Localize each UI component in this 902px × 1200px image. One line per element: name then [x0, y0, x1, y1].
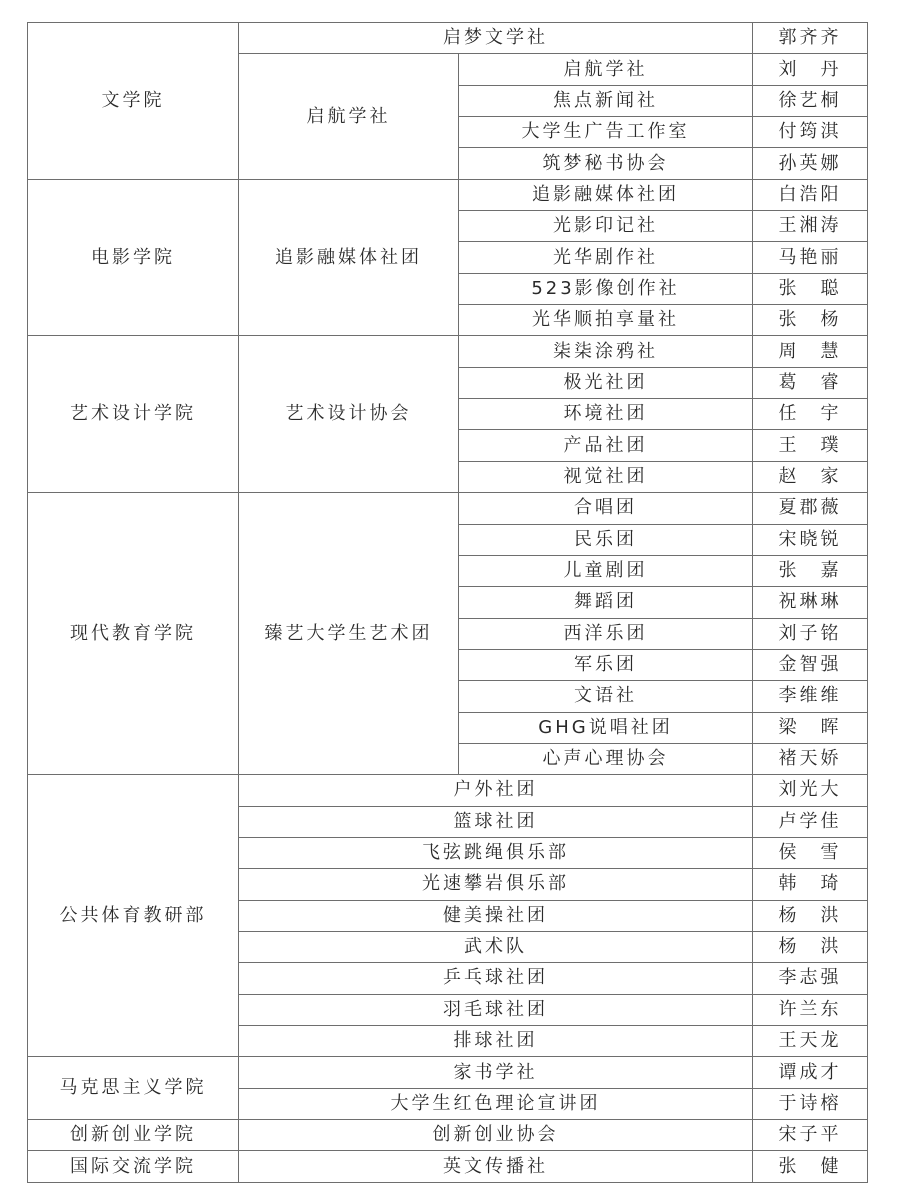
leader-cell: 孙英娜: [753, 148, 868, 179]
leader-cell: 张 聪: [753, 273, 868, 304]
college-cell: 文学院: [28, 23, 239, 180]
umbrella-club-cell: 追影融媒体社团: [239, 179, 459, 336]
club-cell: 523影像创作社: [459, 273, 753, 304]
leader-cell: 付筠淇: [753, 117, 868, 148]
leader-cell: 于诗榕: [753, 1088, 868, 1119]
club-cell: 焦点新闻社: [459, 85, 753, 116]
club-cell: 启航学社: [459, 54, 753, 85]
leader-cell: 金智强: [753, 649, 868, 680]
college-cell: 国际交流学院: [28, 1151, 239, 1182]
leader-cell: 郭齐齐: [753, 23, 868, 54]
college-cell: 现代教育学院: [28, 493, 239, 775]
club-cell: 户外社团: [239, 775, 753, 806]
umbrella-club-cell: 艺术设计协会: [239, 336, 459, 493]
leader-cell: 李志强: [753, 963, 868, 994]
college-cell: 艺术设计学院: [28, 336, 239, 493]
table-row: 国际交流学院 英文传播社 张 健: [28, 1151, 868, 1182]
club-cell: 柒柒涂鸦社: [459, 336, 753, 367]
table-row: 艺术设计学院 艺术设计协会 柒柒涂鸦社 周 慧: [28, 336, 868, 367]
college-cell: 公共体育教研部: [28, 775, 239, 1057]
club-cell: 追影融媒体社团: [459, 179, 753, 210]
leader-cell: 赵 家: [753, 461, 868, 492]
leader-cell: 宋子平: [753, 1120, 868, 1151]
leader-cell: 褚天娇: [753, 743, 868, 774]
leader-cell: 任 宇: [753, 399, 868, 430]
leader-cell: 刘子铭: [753, 618, 868, 649]
club-cell: 家书学社: [239, 1057, 753, 1088]
club-cell: 视觉社团: [459, 461, 753, 492]
table-row: 马克思主义学院 家书学社 谭成才: [28, 1057, 868, 1088]
club-cell: 创新创业协会: [239, 1120, 753, 1151]
club-cell: 武术队: [239, 931, 753, 962]
table-row: 创新创业学院 创新创业协会 宋子平: [28, 1120, 868, 1151]
leader-cell: 王 璞: [753, 430, 868, 461]
club-cell: 羽毛球社团: [239, 994, 753, 1025]
club-cell: 光速攀岩俱乐部: [239, 869, 753, 900]
club-cell: 舞蹈团: [459, 587, 753, 618]
club-cell: 筑梦秘书协会: [459, 148, 753, 179]
club-cell: 产品社团: [459, 430, 753, 461]
club-cell: 英文传播社: [239, 1151, 753, 1182]
leader-cell: 张 杨: [753, 305, 868, 336]
leader-cell: 李维维: [753, 681, 868, 712]
club-cell: 极光社团: [459, 367, 753, 398]
club-cell: 健美操社团: [239, 900, 753, 931]
leader-cell: 王天龙: [753, 1026, 868, 1057]
table-row: 现代教育学院 臻艺大学生艺术团 合唱团 夏郡薇: [28, 493, 868, 524]
leader-cell: 许兰东: [753, 994, 868, 1025]
club-cell: GHG说唱社团: [459, 712, 753, 743]
leader-cell: 杨 洪: [753, 900, 868, 931]
leader-cell: 葛 睿: [753, 367, 868, 398]
club-cell: 篮球社团: [239, 806, 753, 837]
leader-cell: 梁 晖: [753, 712, 868, 743]
umbrella-club-cell: 臻艺大学生艺术团: [239, 493, 459, 775]
club-cell: 启梦文学社: [239, 23, 753, 54]
college-cell: 创新创业学院: [28, 1120, 239, 1151]
college-cell: 电影学院: [28, 179, 239, 336]
leader-cell: 宋晓锐: [753, 524, 868, 555]
club-cell: 飞弦跳绳俱乐部: [239, 837, 753, 868]
club-leader-table: 文学院 启梦文学社 郭齐齐 启航学社 启航学社 刘 丹 焦点新闻社 徐艺桐 大学…: [27, 22, 868, 1183]
club-cell: 心声心理协会: [459, 743, 753, 774]
leader-cell: 刘 丹: [753, 54, 868, 85]
leader-cell: 白浩阳: [753, 179, 868, 210]
club-cell: 大学生红色理论宣讲团: [239, 1088, 753, 1119]
leader-cell: 刘光大: [753, 775, 868, 806]
leader-cell: 张 健: [753, 1151, 868, 1182]
leader-cell: 徐艺桐: [753, 85, 868, 116]
leader-cell: 祝琳琳: [753, 587, 868, 618]
club-cell: 乒乓球社团: [239, 963, 753, 994]
college-cell: 马克思主义学院: [28, 1057, 239, 1120]
club-cell: 光影印记社: [459, 211, 753, 242]
club-cell: 西洋乐团: [459, 618, 753, 649]
leader-cell: 杨 洪: [753, 931, 868, 962]
club-cell: 排球社团: [239, 1026, 753, 1057]
club-cell: 民乐团: [459, 524, 753, 555]
leader-cell: 韩 琦: [753, 869, 868, 900]
table-row: 电影学院 追影融媒体社团 追影融媒体社团 白浩阳: [28, 179, 868, 210]
leader-cell: 卢学佳: [753, 806, 868, 837]
table-row: 公共体育教研部 户外社团 刘光大: [28, 775, 868, 806]
leader-cell: 谭成才: [753, 1057, 868, 1088]
leader-cell: 王湘涛: [753, 211, 868, 242]
leader-cell: 夏郡薇: [753, 493, 868, 524]
club-cell: 儿童剧团: [459, 555, 753, 586]
club-cell: 光华剧作社: [459, 242, 753, 273]
club-cell: 军乐团: [459, 649, 753, 680]
table-row: 文学院 启梦文学社 郭齐齐: [28, 23, 868, 54]
club-cell: 文语社: [459, 681, 753, 712]
leader-cell: 张 嘉: [753, 555, 868, 586]
leader-cell: 侯 雪: [753, 837, 868, 868]
club-cell: 光华顺拍享量社: [459, 305, 753, 336]
club-cell: 环境社团: [459, 399, 753, 430]
club-cell: 合唱团: [459, 493, 753, 524]
leader-cell: 马艳丽: [753, 242, 868, 273]
club-cell: 大学生广告工作室: [459, 117, 753, 148]
umbrella-club-cell: 启航学社: [239, 54, 459, 179]
leader-cell: 周 慧: [753, 336, 868, 367]
